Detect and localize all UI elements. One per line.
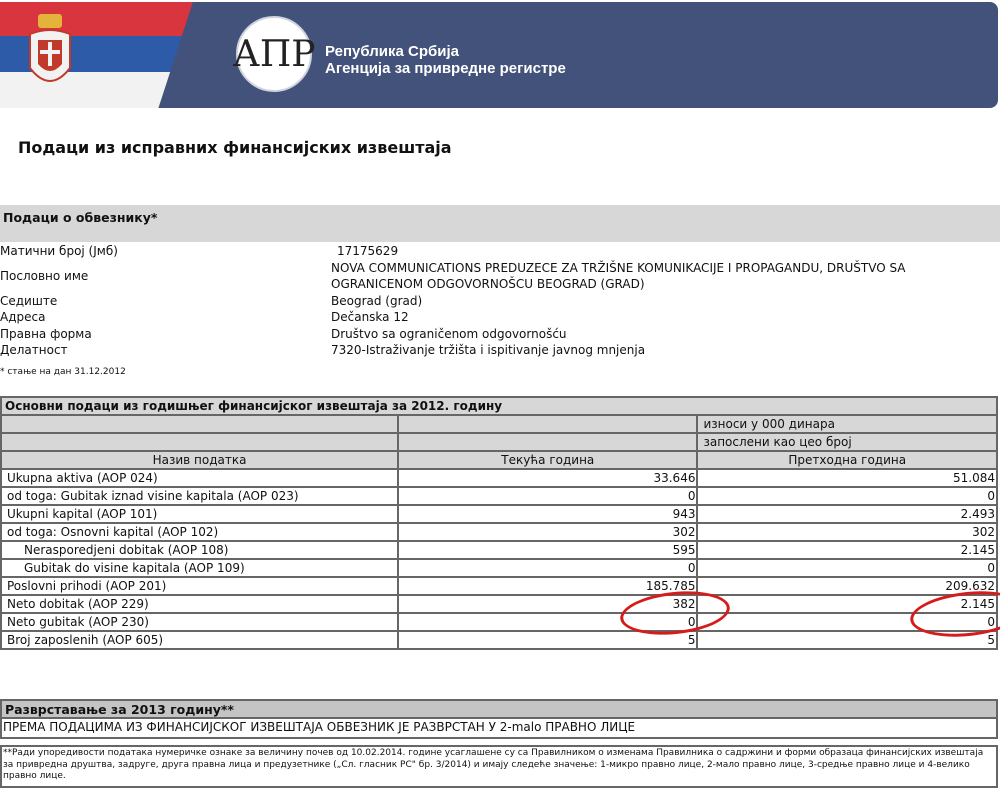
row-previous-value: 2.145	[697, 541, 997, 559]
info-value: 7320-Istraživanje tržišta i ispitivanje …	[331, 342, 1000, 359]
column-header-current: Текућа година	[398, 451, 697, 469]
row-current-value: 302	[398, 523, 697, 541]
unit-note: износи у 000 динара	[697, 415, 997, 433]
table-row: Neto dobitak (AOP 229)3822.145	[1, 595, 997, 613]
row-previous-value: 0	[697, 613, 997, 631]
classification-section: Разврставање за 2013 годину** ПРЕМА ПОДА…	[0, 699, 998, 739]
table-row: Broj zaposlenih (AOP 605)55	[1, 631, 997, 649]
info-row-jmb: Матични број (Јмб) 17175629	[0, 243, 1000, 260]
row-current-value: 0	[398, 613, 697, 631]
apr-logo: АПР	[236, 16, 312, 92]
row-current-value: 0	[398, 487, 697, 505]
brand-line-1: Република Србија	[325, 43, 566, 60]
status-date-note: * стање на дан 31.12.2012	[0, 367, 126, 377]
row-name: Ukupna aktiva (AOP 024)	[1, 469, 398, 487]
info-value: Beograd (grad)	[331, 293, 1000, 310]
row-name: Ukupni kapital (AOP 101)	[1, 505, 398, 523]
page-title: Подаци из исправних финансијских извешта…	[18, 138, 452, 157]
info-label: Седиште	[0, 293, 57, 310]
classification-title: Разврставање за 2013 годину**	[2, 701, 996, 719]
column-header-name: Назив податка	[1, 451, 398, 469]
info-label: Делатност	[0, 342, 68, 359]
row-previous-value: 0	[697, 559, 997, 577]
info-value: NOVA COMMUNICATIONS PREDUZECE ZA TRŽIŠNE…	[331, 260, 1000, 277]
footnote: **Ради упоредивости података нумеричке о…	[0, 745, 998, 788]
row-current-value: 33.646	[398, 469, 697, 487]
row-name: Neto gubitak (AOP 230)	[1, 613, 398, 631]
row-current-value: 382	[398, 595, 697, 613]
brand-line-2: Агенција за привредне регистре	[325, 60, 566, 77]
row-previous-value: 2.493	[697, 505, 997, 523]
info-row-name: Пословно име NOVA COMMUNICATIONS PREDUZE…	[0, 260, 1000, 293]
row-name: Neto dobitak (AOP 229)	[1, 595, 398, 613]
row-name: Poslovni prihodi (AOP 201)	[1, 577, 398, 595]
classification-text: ПРЕМА ПОДАЦИМА ИЗ ФИНАНСИЈСКОГ ИЗВЕШТАЈА…	[2, 719, 996, 737]
row-current-value: 185.785	[398, 577, 697, 595]
info-value-cont: OGRANICENOM ODGOVORNOŠCU BEOGRAD (GRAD)	[331, 276, 1000, 293]
row-previous-value: 302	[697, 523, 997, 541]
table-row: Ukupni kapital (AOP 101)9432.493	[1, 505, 997, 523]
row-current-value: 5	[398, 631, 697, 649]
table-row: Ukupna aktiva (AOP 024)33.64651.084	[1, 469, 997, 487]
row-previous-value: 5	[697, 631, 997, 649]
row-current-value: 595	[398, 541, 697, 559]
row-current-value: 0	[398, 559, 697, 577]
table-row: Poslovni prihodi (AOP 201)185.785209.632	[1, 577, 997, 595]
row-previous-value: 51.084	[697, 469, 997, 487]
row-name: od toga: Gubitak iznad visine kapitala (…	[1, 487, 398, 505]
row-current-value: 943	[398, 505, 697, 523]
info-row-seat: Седиште Beograd (grad)	[0, 293, 1000, 310]
info-value: 17175629	[337, 243, 1000, 260]
table-row: od toga: Gubitak iznad visine kapitala (…	[1, 487, 997, 505]
info-value: Društvo sa ograničenom odgovornošću	[331, 326, 1000, 343]
employee-note: запослени као цео број	[697, 433, 997, 451]
info-row-legal-form: Правна форма Društvo sa ograničenom odgo…	[0, 326, 1000, 343]
info-label: Матични број (Јмб)	[0, 243, 118, 260]
table-row: od toga: Osnovni kapital (AOP 102)302302	[1, 523, 997, 541]
info-label: Адреса	[0, 309, 45, 326]
row-name: Nerasporedjeni dobitak (AOP 108)	[1, 541, 398, 559]
header-banner: АПР Република Србија Агенција за привред…	[0, 2, 998, 108]
info-row-activity: Делатност 7320-Istraživanje tržišta i is…	[0, 342, 1000, 359]
info-label: Правна форма	[0, 326, 92, 343]
column-header-previous: Претходна година	[697, 451, 997, 469]
row-previous-value: 2.145	[697, 595, 997, 613]
financial-table: Основни подаци из годишњег финансијског …	[0, 396, 998, 650]
coat-of-arms-icon	[24, 12, 76, 98]
row-name: od toga: Osnovni kapital (AOP 102)	[1, 523, 398, 541]
table-row: Neto gubitak (AOP 230)00	[1, 613, 997, 631]
table-row: Nerasporedjeni dobitak (AOP 108)5952.145	[1, 541, 997, 559]
row-name: Gubitak do visine kapitala (AOP 109)	[1, 559, 398, 577]
info-row-address: Адреса Dečanska 12	[0, 309, 1000, 326]
table-row: Gubitak do visine kapitala (AOP 109)00	[1, 559, 997, 577]
row-previous-value: 0	[697, 487, 997, 505]
serbian-flag	[0, 2, 215, 108]
row-name: Broj zaposlenih (AOP 605)	[1, 631, 398, 649]
info-value: Dečanska 12	[331, 309, 1000, 326]
row-previous-value: 209.632	[697, 577, 997, 595]
financial-section-title: Основни подаци из годишњег финансијског …	[1, 397, 997, 415]
taxpayer-info: Матични број (Јмб) 17175629 Пословно име…	[0, 243, 1000, 359]
brand-text: Република Србија Агенција за привредне р…	[325, 43, 566, 77]
info-label: Пословно име	[0, 268, 88, 285]
taxpayer-section-title: Подаци о обвезнику*	[0, 205, 1000, 242]
